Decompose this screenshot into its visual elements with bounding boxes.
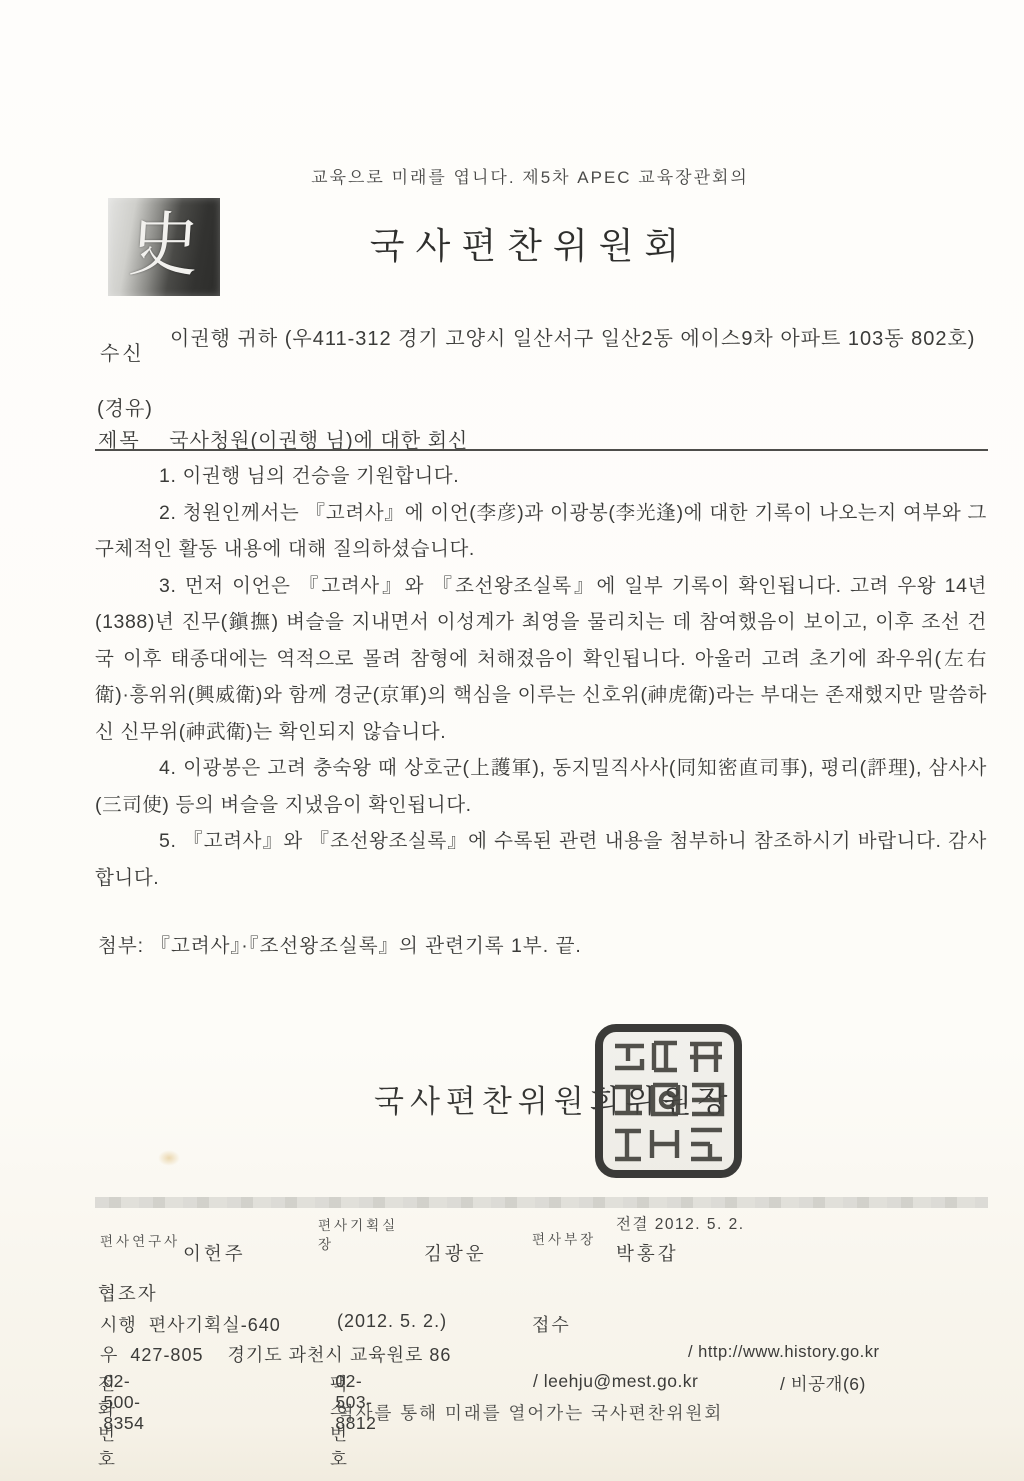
receipt-label: 접수 — [532, 1311, 571, 1337]
org-address: 경기도 과천시 교육원로 86 — [227, 1345, 451, 1365]
body-paragraph: 3. 먼저 이언은 『고려사』와 『조선왕조실록』에 일부 기록이 확인됩니다.… — [95, 568, 987, 751]
official-seal-stamp — [592, 1021, 745, 1181]
bottom-slogan: 역사를 통해 미래를 열어가는 국사편찬위원회 — [30, 1400, 1024, 1425]
official-role: 편사기획실장 — [318, 1216, 406, 1254]
official-role: 편사연구사 — [100, 1230, 180, 1250]
letter-body: 1. 이권행 님의 건승을 기원합니다. 2. 청원인께서는 『고려사』에 이언… — [95, 458, 987, 896]
subject-divider — [95, 449, 988, 451]
recipient-address: 이권행 귀하 (우411-312 경기 고양시 일산서구 일산2동 에이스9차 … — [170, 320, 988, 358]
tel-line: 전화번호 02-500-8354 — [98, 1371, 103, 1392]
attachment-note: 첨부: 『고려사』·『조선왕조실록』의 관련기록 1부. 끝. — [98, 930, 582, 958]
approval-section-bar — [95, 1197, 988, 1208]
via-note: (경유) — [97, 392, 153, 421]
cooperator-label: 협조자 — [98, 1280, 158, 1306]
official-name: 김광운 — [424, 1240, 487, 1266]
top-slogan: 교육으로 미래를 엽니다. 제5차 APEC 교육장관회의 — [30, 163, 1024, 188]
postal-code: 427-805 — [130, 1345, 203, 1365]
exec-label: 시행 — [100, 1315, 137, 1335]
paper-stain-mark — [158, 1150, 180, 1166]
official-name: 박홍갑 — [616, 1240, 679, 1266]
exec-date: (2012. 5. 2.) — [337, 1311, 447, 1332]
official-role: 편사부장 — [532, 1228, 596, 1248]
body-paragraph: 4. 이광봉은 고려 충숙왕 때 상호군(上護軍), 동지밀직사사(同知密直司事… — [95, 750, 987, 823]
fax-line: 팩스번호 02-503-8812 — [330, 1371, 335, 1392]
decision-note: 전결 2012. 5. 2. — [616, 1212, 745, 1234]
body-paragraph: 1. 이권행 님의 건승을 기원합니다. — [95, 458, 987, 495]
disclosure-note: / 비공개(6) — [780, 1371, 866, 1396]
body-paragraph: 5. 『고려사』와 『조선왕조실록』에 수록된 관련 내용을 첨부하니 참조하시… — [95, 823, 987, 896]
org-address-line: 우 427-805 경기도 과천시 교육원로 86 — [100, 1341, 451, 1367]
body-paragraph: 2. 청원인께서는 『고려사』에 이언(李彦)과 이광봉(李光逢)에 대한 기록… — [95, 495, 987, 568]
scanned-official-letter: 교육으로 미래를 엽니다. 제5차 APEC 교육장관회의 史 국사편찬위원회 … — [0, 0, 1024, 1481]
recipient-label: 수신 — [100, 337, 145, 366]
website-url: / http://www.history.go.kr — [688, 1343, 880, 1362]
official-name: 이헌주 — [183, 1240, 246, 1266]
email-address: / leehju@mest.go.kr — [533, 1371, 698, 1392]
org-title: 국사편찬위원회 — [30, 218, 1024, 269]
postal-label: 우 — [100, 1345, 118, 1365]
exec-doc: 시행 편사기획실-640 — [100, 1311, 281, 1337]
exec-doc-no: 편사기획실-640 — [149, 1315, 281, 1335]
